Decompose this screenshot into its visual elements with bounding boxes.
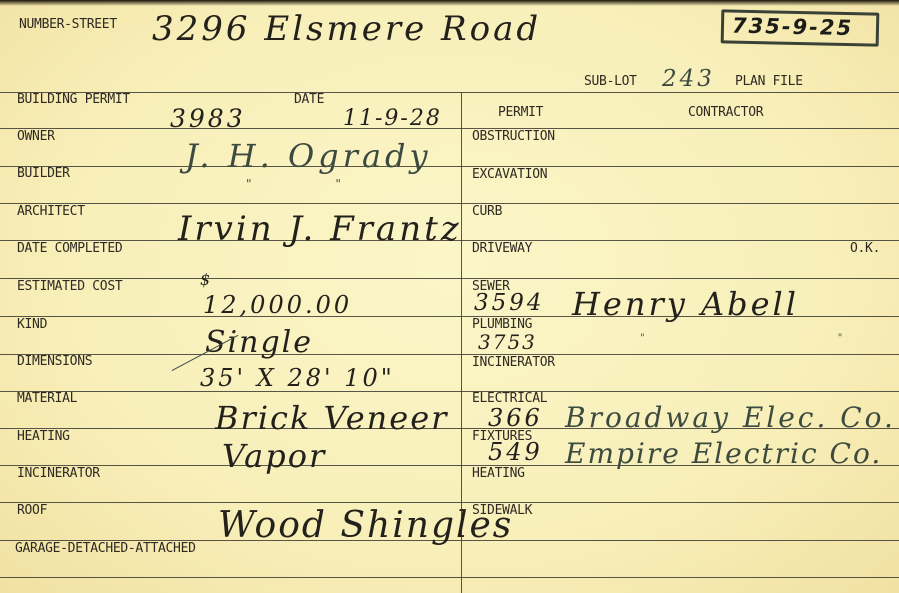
heating-permit-label: HEATING bbox=[472, 467, 525, 481]
rule bbox=[0, 166, 899, 167]
rule bbox=[0, 354, 899, 355]
permit-column-header: PERMIT bbox=[498, 106, 543, 120]
date-value: 11-9-28 bbox=[343, 108, 442, 130]
number-street-value: 3296 Elsmere Road bbox=[152, 12, 541, 46]
fixtures-contractor: Empire Electric Co. bbox=[565, 440, 882, 468]
date-completed-label: DATE COMPLETED bbox=[17, 242, 122, 256]
dimensions-value: 35' X 28' 10" bbox=[200, 366, 395, 390]
driveway-label: DRIVEWAY bbox=[472, 242, 532, 256]
driveway-note: O.K. bbox=[850, 242, 880, 256]
obstruction-label: OBSTRUCTION bbox=[472, 130, 555, 144]
builder-value: " " bbox=[246, 178, 381, 190]
heating-value: Vapor bbox=[222, 440, 326, 472]
sewer-contractor: Henry Abell bbox=[572, 288, 799, 320]
rule-header bbox=[0, 92, 899, 93]
file-stamp-text: 735-9-25 bbox=[732, 14, 854, 41]
rule bbox=[0, 391, 899, 392]
owner-label: OWNER bbox=[17, 130, 55, 144]
electrical-permit-no: 366 bbox=[488, 406, 543, 430]
curb-label: CURB bbox=[472, 205, 502, 219]
building-permit-label: BUILDING PERMIT bbox=[17, 93, 130, 107]
estimated-cost-value: 12,000.00 bbox=[203, 293, 352, 317]
heating-label: HEATING bbox=[17, 430, 70, 444]
plan-file-label: PLAN FILE bbox=[735, 75, 803, 89]
building-permit-value: 3983 bbox=[170, 106, 246, 131]
roof-label: ROOF bbox=[17, 504, 47, 518]
sidewalk-label: SIDEWALK bbox=[472, 504, 532, 518]
permit-card: NUMBER-STREET 3296 Elsmere Road 735-9-25… bbox=[0, 0, 899, 593]
incinerator-permit-label: INCINERATOR bbox=[472, 356, 555, 370]
incinerator-label: INCINERATOR bbox=[17, 467, 100, 481]
kind-label: KIND bbox=[17, 318, 47, 332]
sewer-permit-no: 3594 bbox=[474, 292, 545, 315]
rule bbox=[0, 278, 899, 279]
builder-label: BUILDER bbox=[17, 167, 70, 181]
material-label: MATERIAL bbox=[17, 392, 77, 406]
sublot-value: 243 bbox=[662, 68, 715, 91]
estimated-cost-currency: $ bbox=[200, 272, 211, 288]
date-label: DATE bbox=[294, 93, 324, 107]
estimated-cost-label: ESTIMATED COST bbox=[17, 280, 122, 294]
sublot-label: SUB-LOT bbox=[584, 75, 637, 89]
file-stamp: 735-9-25 bbox=[721, 9, 880, 46]
architect-label: ARCHITECT bbox=[17, 205, 85, 219]
excavation-label: EXCAVATION bbox=[472, 168, 547, 182]
plumbing-contractor: " " bbox=[640, 334, 899, 344]
rule bbox=[0, 577, 899, 578]
fixtures-permit-no: 549 bbox=[488, 440, 543, 464]
electrical-contractor: Broadway Elec. Co. bbox=[565, 404, 896, 432]
contractor-column-header: CONTRACTOR bbox=[688, 106, 763, 120]
dimensions-label: DIMENSIONS bbox=[17, 355, 92, 369]
plumbing-permit-no: 3753 bbox=[478, 332, 537, 352]
garage-label: GARAGE-DETACHED-ATTACHED bbox=[15, 542, 196, 556]
rule bbox=[0, 502, 899, 503]
roof-value: Wood Shingles bbox=[218, 508, 513, 544]
owner-value: J. H. Ogrady bbox=[185, 140, 432, 172]
rule bbox=[0, 128, 899, 129]
number-street-label: NUMBER-STREET bbox=[19, 18, 117, 32]
material-value: Brick Veneer bbox=[215, 402, 448, 434]
architect-value: Irvin J. Frantz bbox=[178, 212, 462, 246]
rule bbox=[0, 203, 899, 204]
